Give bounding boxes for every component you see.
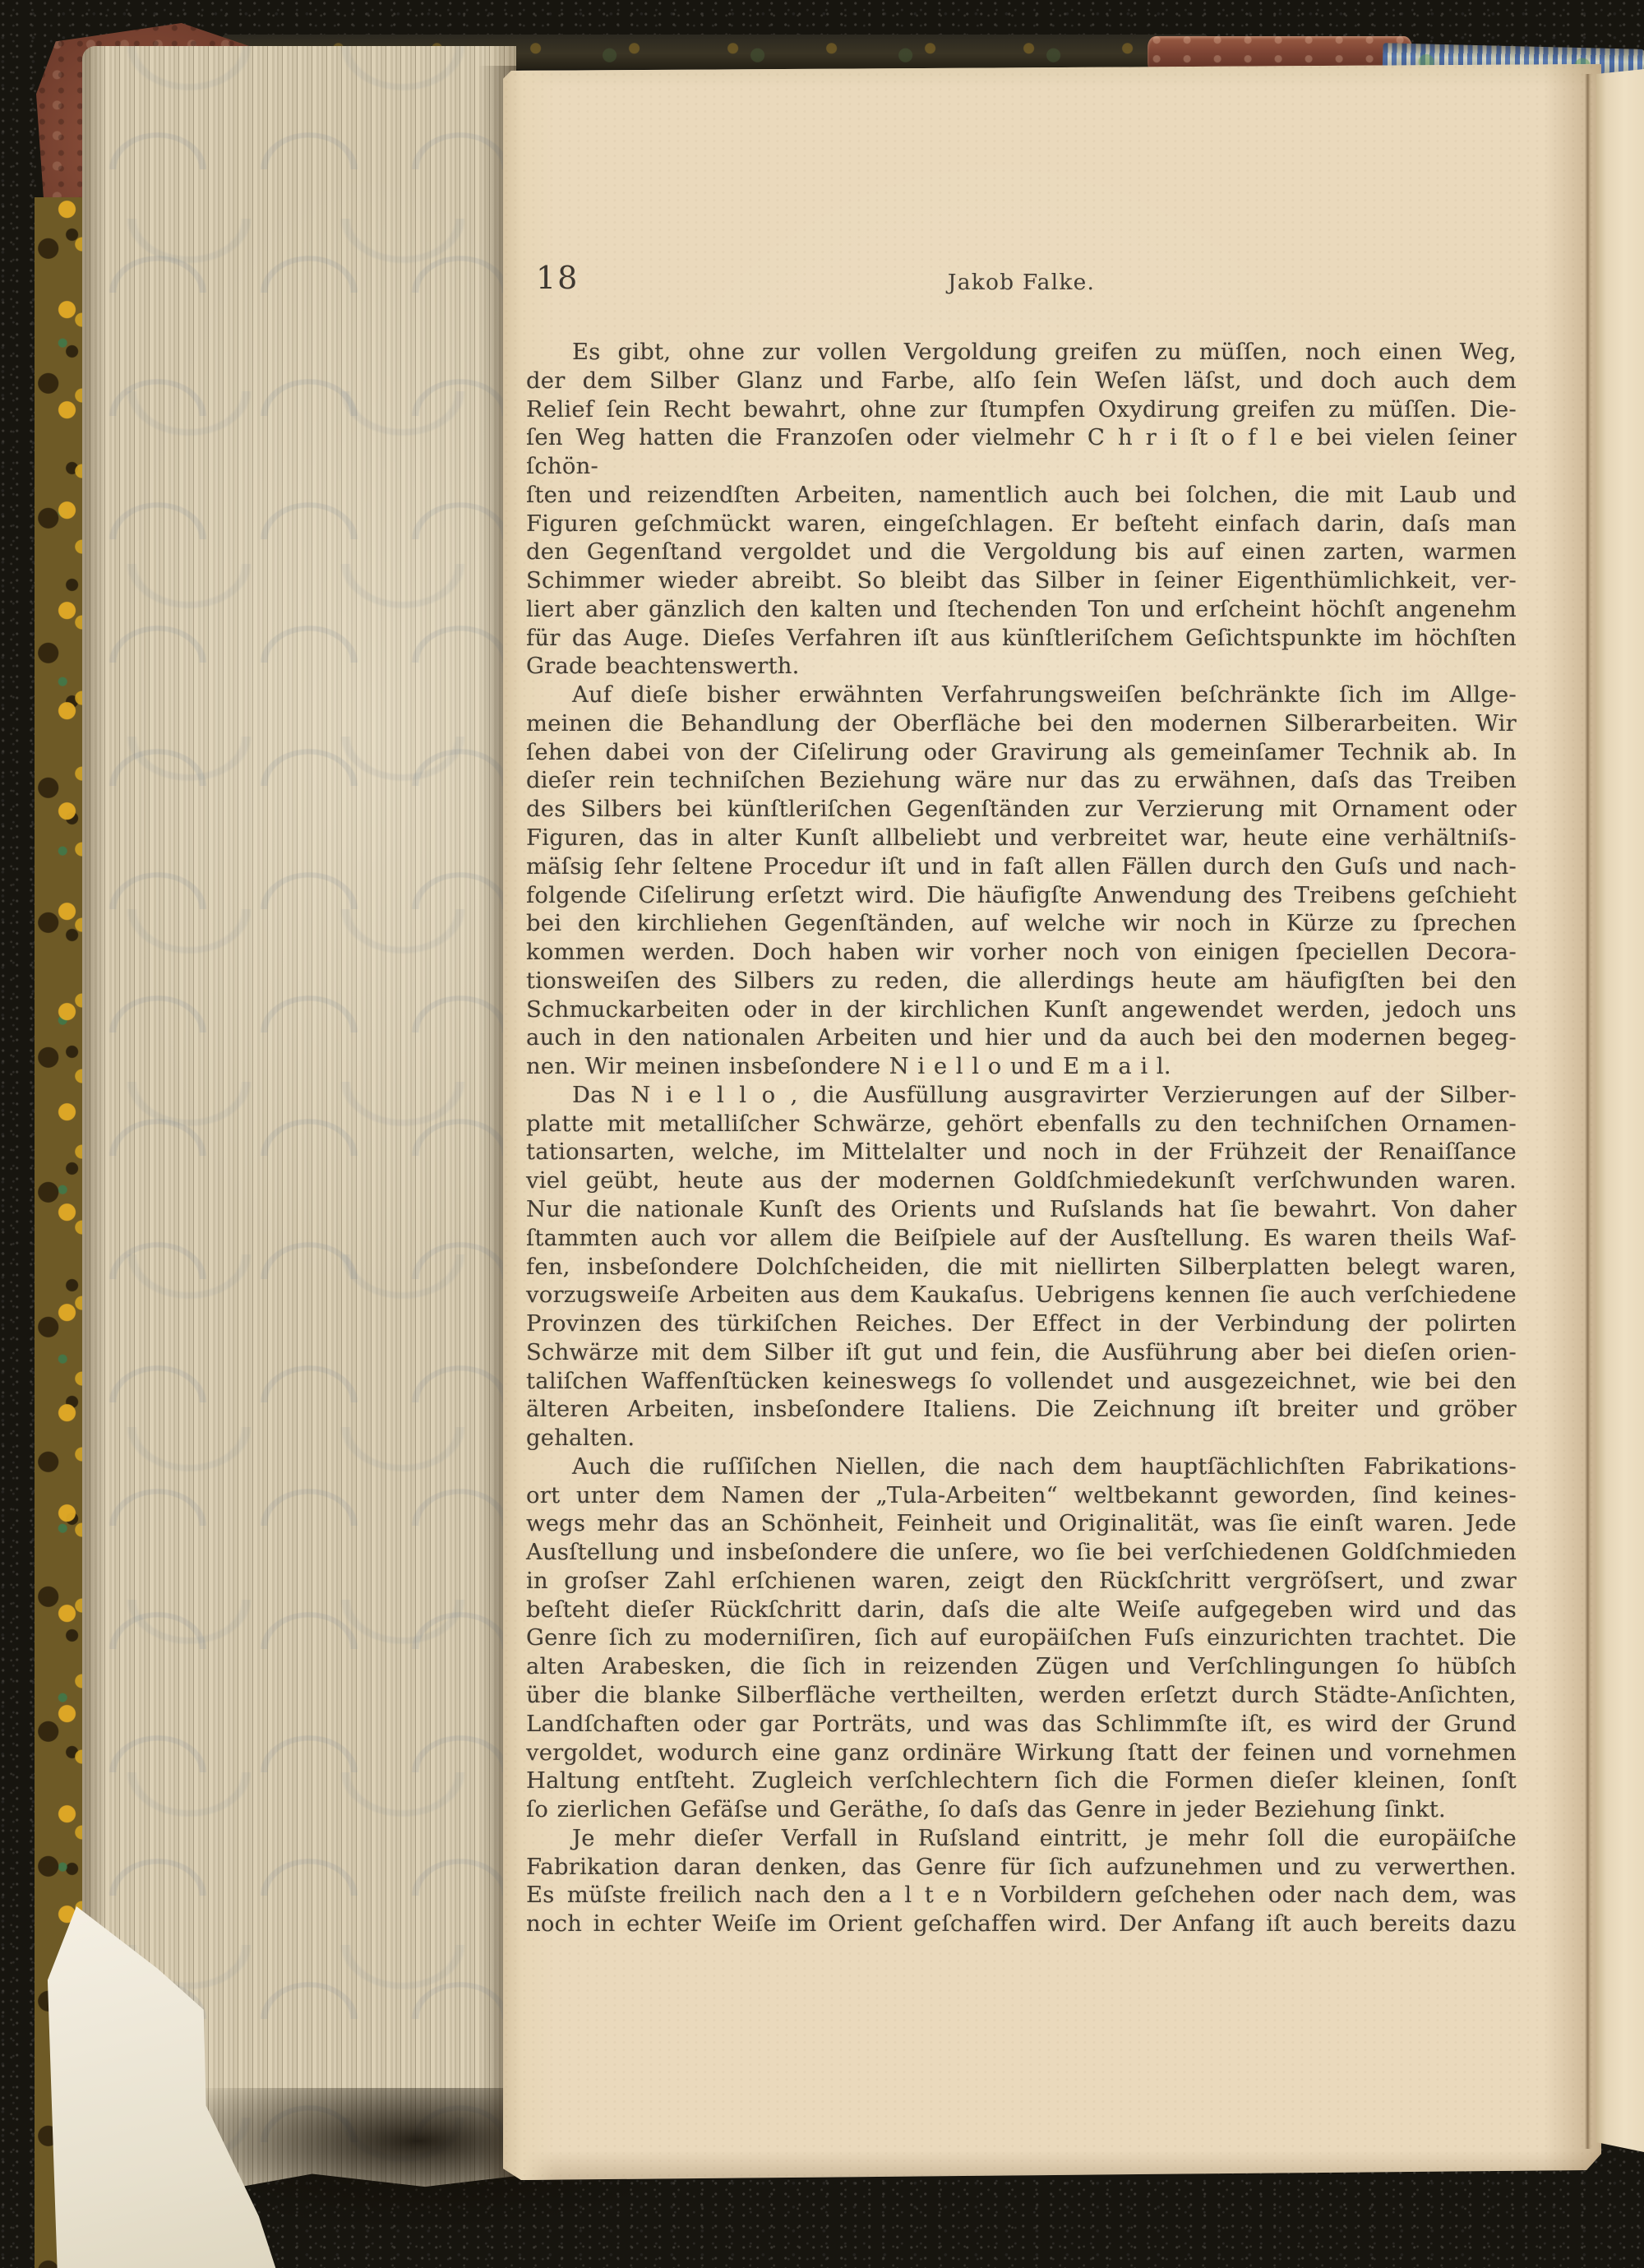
gutter-crease	[1585, 74, 1591, 2149]
text-line: meinen die Behandlung der Oberfläche bei…	[526, 710, 1517, 739]
text-line: Es gibt, ohne zur vollen Vergoldung grei…	[526, 339, 1517, 367]
text-line: Schmuckarbeiten oder in der kirchlichen …	[526, 996, 1517, 1025]
text-line: alten Arabesken, die ſich in reizenden Z…	[526, 1653, 1517, 1682]
text-line: ſtammten auch vor allem die Beiſpiele au…	[526, 1225, 1517, 1254]
facing-page-sliver	[1596, 69, 1644, 2152]
text-line: viel geübt, heute aus der modernen Goldſ…	[526, 1167, 1517, 1196]
text-line: Grade beachtenswerth.	[526, 653, 1517, 681]
text-line: älteren Arbeiten, insbeſondere Italiens.…	[526, 1396, 1517, 1425]
text-line: Relief ſein Recht bewahrt, ohne zur ſtum…	[526, 396, 1517, 425]
text-line: ſo zierlichen Gefäſse und Geräthe, ſo da…	[526, 1796, 1517, 1825]
text-line: Landſchaften oder gar Porträts, und was …	[526, 1711, 1517, 1739]
text-line: ſen Weg hatten die Franzoſen oder vielme…	[526, 424, 1517, 482]
text-line: Figuren geſchmückt waren, eingeſchlagen.…	[526, 510, 1517, 539]
text-line: über die blanke Silberfläche vertheilten…	[526, 1682, 1517, 1711]
running-head: Jakob Falke.	[526, 270, 1517, 295]
text-line: mäſsig ſehr ſeltene Procedur iſt und in …	[526, 853, 1517, 882]
text-line: Auch die ruſſiſchen Niellen, die nach de…	[526, 1453, 1517, 1482]
text-line: auch in den nationalen Arbeiten und hier…	[526, 1024, 1517, 1053]
text-line: Figuren, das in alter Kunſt allbeliebt u…	[526, 825, 1517, 853]
text-line: des Silbers bei künſtleriſchen Gegenſtän…	[526, 796, 1517, 825]
text-line: der dem Silber Glanz und Farbe, alſo ſei…	[526, 367, 1517, 396]
text-line: liert aber gänzlich den kalten und ſtech…	[526, 596, 1517, 625]
text-line: ort unter dem Namen der „Tula-Arbeiten“ …	[526, 1482, 1517, 1511]
text-line: vergoldet, wodurch eine ganz ordinäre Wi…	[526, 1739, 1517, 1768]
text-line: ſten und reizendſten Arbeiten, namentlic…	[526, 482, 1517, 510]
text-line: Schimmer wieder abreibt. So bleibt das S…	[526, 567, 1517, 596]
text-line: Genre ſich zu moderniſiren, ſich auf eur…	[526, 1624, 1517, 1653]
text-line: platte mit metalliſcher Schwärze, gehört…	[526, 1111, 1517, 1139]
text-line: ſehen dabei von der Ciſelirung oder Grav…	[526, 739, 1517, 768]
text-line: Provinzen des türkiſchen Reiches. Der Ef…	[526, 1310, 1517, 1339]
text-line: fen, insbeſondere Dolchſcheiden, die mit…	[526, 1254, 1517, 1282]
text-line: für das Auge. Dieſes Verfahren iſt aus k…	[526, 625, 1517, 654]
body-text: Es gibt, ohne zur vollen Vergoldung grei…	[526, 339, 1517, 1939]
text-line: dieſer rein techniſchen Beziehung wäre n…	[526, 767, 1517, 796]
text-line: Nur die nationale Kunſt des Orients und …	[526, 1196, 1517, 1225]
text-line: folgende Ciſelirung erſetzt wird. Die hä…	[526, 882, 1517, 911]
text-line: Das N i e l l o , die Ausfüllung ausgrav…	[526, 1082, 1517, 1111]
text-line: Haltung entſteht. Zugleich verſchlechter…	[526, 1767, 1517, 1796]
text-line: taliſchen Waffenſtücken keineswegs ſo vo…	[526, 1368, 1517, 1397]
text-line: tionsweiſen des Silbers zu reden, die al…	[526, 968, 1517, 996]
text-line: Fabrikation daran denken, das Genre für …	[526, 1854, 1517, 1882]
text-line: beſteht dieſer Rückſchritt darin, daſs d…	[526, 1596, 1517, 1625]
text-line: Auf dieſe bisher erwähnten Verfahrungswe…	[526, 681, 1517, 710]
text-line: in groſser Zahl erſchienen waren, zeigt …	[526, 1568, 1517, 1596]
text-line: tationsarten, welche, im Mittelalter und…	[526, 1139, 1517, 1167]
page-stack-fore-edge	[82, 46, 516, 2193]
text-line: Es müſste freilich nach den a l t e n Vo…	[526, 1882, 1517, 1910]
text-line: noch in echter Weiſe im Orient geſchaffe…	[526, 1910, 1517, 1939]
text-line: Je mehr dieſer Verfall in Ruſsland eintr…	[526, 1825, 1517, 1854]
text-line: vorzugsweiſe Arbeiten aus dem Kaukaſus. …	[526, 1282, 1517, 1310]
text-line: den Gegenſtand vergoldet und die Vergold…	[526, 538, 1517, 567]
text-line: Schwärze mit dem Silber iſt gut und fein…	[526, 1339, 1517, 1368]
text-line: nen. Wir meinen insbeſondere N i e l l o…	[526, 1053, 1517, 1082]
text-line: bei den kirchliehen Gegenſtänden, auf we…	[526, 910, 1517, 939]
text-line: wegs mehr das an Schönheit, Feinheit und…	[526, 1510, 1517, 1539]
text-line: gehalten.	[526, 1425, 1517, 1453]
text-line: kommen werden. Doch haben wir vorher noc…	[526, 939, 1517, 968]
text-line: Ausſtellung und insbeſondere die unſere,…	[526, 1539, 1517, 1568]
scanned-book-photo: 18 Jakob Falke. Es gibt, ohne zur vollen…	[0, 0, 1644, 2268]
